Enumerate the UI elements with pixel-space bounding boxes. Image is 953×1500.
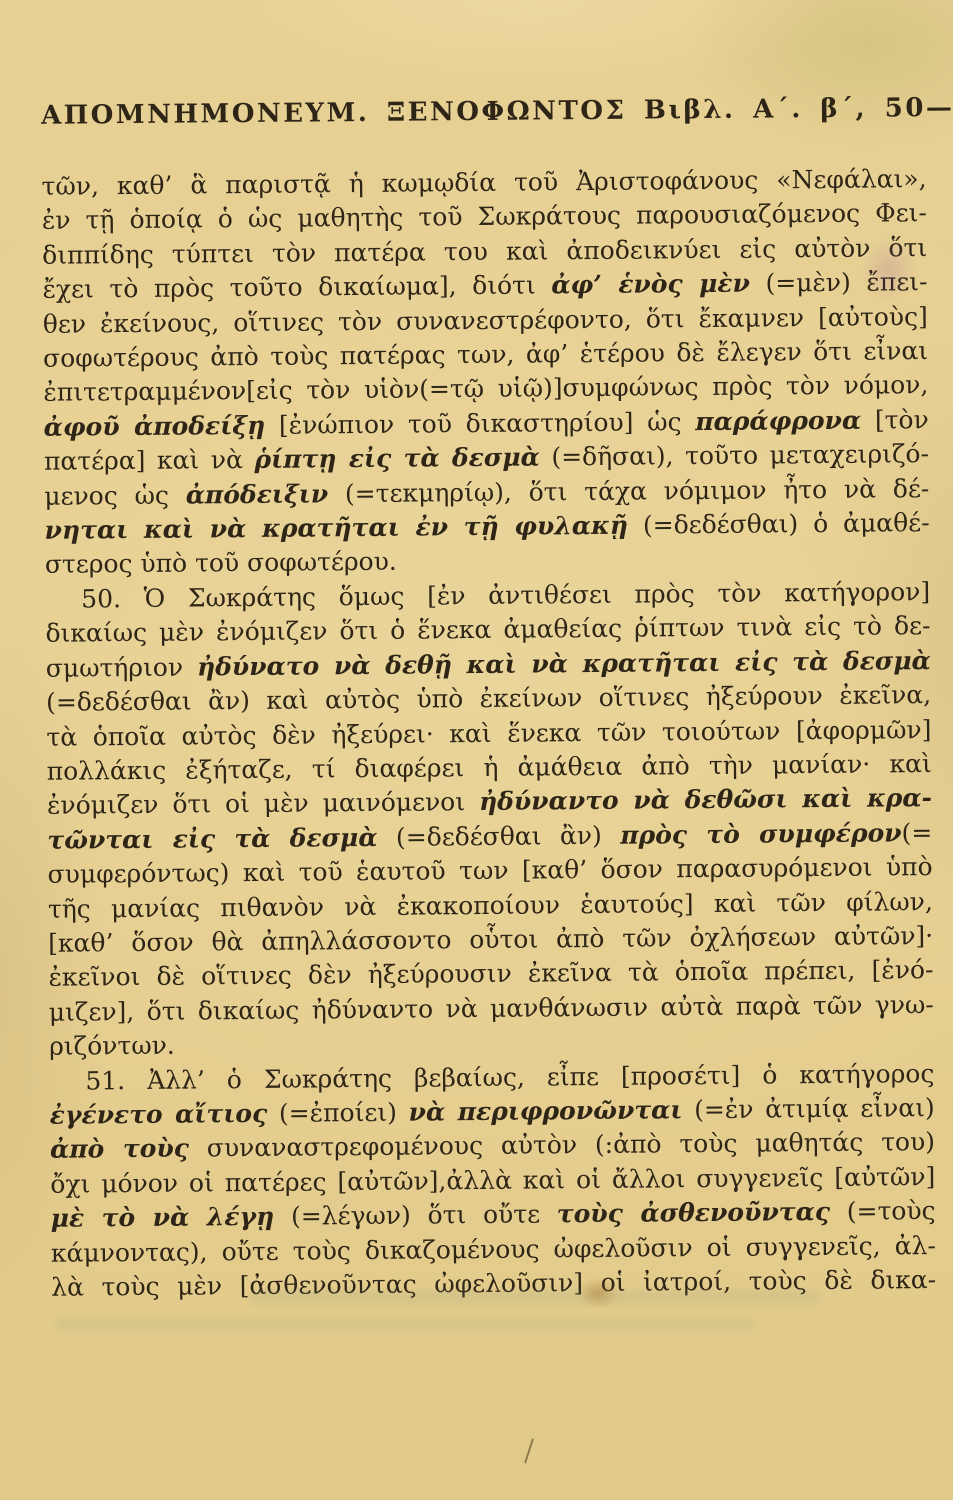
text-segment: 50. Ὁ Σωκράτης ὅμως [ἐν ἀντιθέσει πρὸς τ… <box>81 577 930 613</box>
header-title: ΑΠΟΜΝΗΜΟΝΕΥΜ. ΞΕΝΟΦΩΝΤΟΣ Βιβλ. Α΄. β΄, 5… <box>41 91 953 131</box>
text-segment: τῶν, καθ’ ἃ παριστᾷ ἡ κωμῳδία τοῦ Ἀριστο… <box>41 164 926 201</box>
text-segment: ἔχει τὸ πρὸς τοῦτο δικαίωμα], διότι <box>42 271 551 304</box>
text-segment: στερος ὑπὸ τοῦ σοφωτέρου. <box>45 547 397 579</box>
text-segment: ἐνόμιζεν ὅτι οἱ μὲν μαινόμενοι <box>47 787 479 820</box>
text-segment: (=ἐποίει) <box>267 1098 409 1128</box>
emphasized-text: ἀφ’ ἑνὸς μὲν <box>551 269 750 300</box>
text-segment: σμωτήριον <box>46 652 197 682</box>
page-content: ΑΠΟΜΝΗΜΟΝΕΥΜ. ΞΕΝΟΦΩΝΤΟΣ Βιβλ. Α΄. β΄, 5… <box>0 0 953 1306</box>
text-segment: (=ἐν ἀτιμίᾳ εἶναι) <box>682 1093 935 1124</box>
emphasized-text: ἀπὸ τοὺς <box>50 1134 189 1164</box>
emphasized-text: τοὺς ἀσθενοῦντας <box>557 1197 830 1228</box>
text-segment: (=δεδέσθαι) ὁ ἀμαθέ- <box>628 508 930 540</box>
text-segment: μιζεν], ὅτι δικαίως ἠδύναντο νὰ μανθάνωσ… <box>49 990 934 1027</box>
text-segment: λὰ τοὺς μὲν [ἀσθενοῦντας ὠφελοῦσιν] οἱ ἰ… <box>51 1265 936 1302</box>
paragraph: 50. Ὁ Σωκράτης ὅμως [ἐν ἀντιθέσει πρὸς τ… <box>45 575 934 1064</box>
emphasized-text: ἀπόδειξιν <box>186 479 329 509</box>
text-segment: τῆς μανίας πιθανὸν νὰ ἐκακοποίουν ἑαυτού… <box>48 887 933 924</box>
emphasized-text: πρὸς τὸ συμφέρον <box>620 818 902 849</box>
text-segment: κάμνοντας), οὔτε τοὺς δικαζομένους ὠφελο… <box>51 1231 936 1268</box>
scanned-page: ΑΠΟΜΝΗΜΟΝΕΥΜ. ΞΕΝΟΦΩΝΤΟΣ Βιβλ. Α΄. β΄, 5… <box>0 0 953 1500</box>
body-text: τῶν, καθ’ ἃ παριστᾷ ἡ κωμῳδία τοῦ Ἀριστο… <box>41 162 936 1305</box>
emphasized-text: τῶνται εἰς τὰ δεσμὰ <box>47 823 377 855</box>
emphasized-text: ἀφοῦ ἀποδείξῃ <box>44 411 266 442</box>
emphasized-text: ἠδύναντο νὰ δεθῶσι καὶ κρα- <box>479 783 932 816</box>
running-header: ΑΠΟΜΝΗΜΟΝΕΥΜ. ΞΕΝΟΦΩΝΤΟΣ Βιβλ. Α΄. β΄, 5… <box>41 92 926 132</box>
text-segment: (=μὲν) ἔπει- <box>750 267 928 298</box>
text-segment: [ἐνώπιον τοῦ δικαστηρίου] ὡς <box>265 407 695 440</box>
text-segment: συναναστρεφομένους αὐτὸν (:ἀπὸ τοὺς μαθη… <box>189 1127 935 1163</box>
paragraph: τῶν, καθ’ ἃ παριστᾷ ἡ κωμῳδία τοῦ Ἀριστο… <box>41 162 930 583</box>
emphasized-text: παράφρονα <box>695 406 861 436</box>
text-segment: θεν ἐκείνους, οἵτινες τὸν συνανεστρέφοντ… <box>43 302 928 339</box>
text-line: λὰ τοὺς μὲν [ἀσθενοῦντας ὠφελοῦσιν] οἱ ἰ… <box>51 1263 936 1305</box>
text-segment: διππίδης τύπτει τὸν πατέρα του καὶ ἀποδε… <box>42 233 927 270</box>
text-segment: ἐκεῖνοι δὲ οἵτινες δὲν ἠξεύρουσιν ἐκεῖνα… <box>48 955 933 992</box>
emphasized-text: ἠδύνατο νὰ δεθῇ καὶ νὰ κρατῆται εἰς τὰ δ… <box>197 646 931 681</box>
text-segment: δικαίως μὲν ἐνόμιζεν ὅτι ὁ ἕνεκα ἀμαθεία… <box>45 611 930 648</box>
text-segment: 51. Ἀλλ’ ὁ Σωκράτης βεβαίως, εἶπε [προσέ… <box>85 1059 934 1095</box>
text-segment: τὰ ὁποῖα αὐτὸς δὲν ἠξεύρει· καὶ ἕνεκα τῶ… <box>46 715 931 752</box>
emphasized-text: ῥίπτῃ εἰς τὰ δεσμὰ <box>254 443 540 474</box>
text-segment: (=δῆσαι), τοῦτο μεταχειριζό- <box>540 439 929 471</box>
text-segment: πολλάκις ἐξήταζε, τί διαφέρει ἡ ἀμάθεια … <box>47 749 932 786</box>
text-segment: μενος ὡς <box>44 480 186 510</box>
text-segment: συμφερόντως) καὶ τοῦ ἑαυτοῦ των [καθ’ ὅσ… <box>47 852 932 889</box>
paragraph: 51. Ἀλλ’ ὁ Σωκράτης βεβαίως, εἶπε [προσέ… <box>49 1057 936 1306</box>
text-segment: ἐπιτετραμμένον[εἰς τὸν υἱὸν(=τῷ υἱῷ)]συμ… <box>43 371 928 408</box>
text-segment: (=λέγων) ὅτι οὔτε <box>274 1200 557 1231</box>
text-segment: σοφωτέρους ἀπὸ τοὺς πατέρας των, ἀφ’ ἑτέ… <box>43 336 928 373</box>
emphasized-text: νὰ περιφρονῶνται <box>408 1095 682 1126</box>
page-showthrough <box>55 1318 755 1331</box>
text-segment: [τὸν <box>861 405 929 435</box>
text-segment: ριζόντων. <box>49 1031 175 1061</box>
text-segment: (= <box>901 818 932 847</box>
text-segment: πατέρα] καὶ νὰ <box>44 445 255 476</box>
scan-artifact <box>524 1438 534 1463</box>
emphasized-text: μὲ τὸ νὰ λέγῃ <box>50 1202 274 1233</box>
text-segment: (=τοὺς <box>830 1196 936 1226</box>
text-segment: ἐν τῇ ὁποίᾳ ὁ ὡς μαθητὴς τοῦ Σωκράτους π… <box>42 198 927 235</box>
text-segment: (=δεδέσθαι ἂν) καὶ αὐτὸς ὑπὸ ἐκείνων οἵτ… <box>46 680 931 717</box>
emphasized-text: νηται καὶ νὰ κρατῆται ἐν τῇ φυλακῇ <box>44 511 628 545</box>
text-segment: (=τεκμηρίῳ), ὅτι τάχα νόμιμον ἦτο νὰ δέ- <box>328 474 929 508</box>
text-segment: [καθ’ ὅσον θὰ ἀπηλλάσσοντο οὗτοι ἀπὸ τῶν… <box>48 921 933 958</box>
text-segment: ὄχι μόνον οἱ πατέρες [αὐτῶν],ἀλλὰ καὶ οἱ… <box>50 1162 935 1199</box>
emphasized-text: ἐγένετο αἴτιος <box>50 1099 268 1130</box>
text-segment: (=δεδέσθαι ἂν) <box>377 820 620 851</box>
